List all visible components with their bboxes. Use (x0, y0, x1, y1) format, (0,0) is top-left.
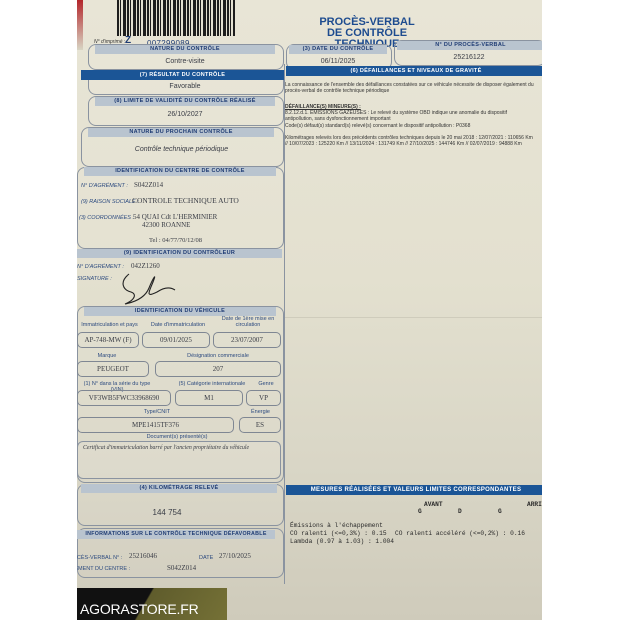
kilometrage-value: 144 754 (117, 508, 217, 517)
date-controle-label: (3) DATE DU CONTRÔLE (289, 45, 387, 54)
centre-agrement-label: N° D'AGRÉMENT : (81, 183, 128, 189)
defaillances-mineures-line2: Code(s) défaut(s) standard(s) relevé(s) … (285, 123, 535, 129)
type-field: MPE1415TF376 (77, 417, 234, 433)
red-edge (77, 0, 83, 50)
defaillances-kilometrages: Kilométrages relevés lors des précédents… (285, 135, 535, 147)
genre-field: VP (246, 390, 281, 406)
date-controle-value: 06/11/2025 (286, 58, 390, 65)
resultat-label: (7) RÉSULTAT DU CONTRÔLE (81, 70, 284, 80)
defaillances-label: (6) DÉFAILLANCES ET NIVEAUX DE GRAVITÉ (286, 66, 542, 76)
designation-label: Désignation commerciale (157, 353, 279, 359)
mesures-co-ralenti: CO ralenti (<=0,3%) : 0.15 (290, 530, 387, 537)
vehicule-label: IDENTIFICATION DU VÉHICULE (84, 307, 276, 316)
controleur-label: (9) IDENTIFICATION DU CONTRÔLEUR (77, 249, 282, 258)
date-immat-field: 09/01/2025 (142, 332, 210, 348)
centre-raison-label: (9) RAISON SOCIALE : (81, 199, 139, 205)
defavorable-agrement-label: N° AGRÉMENT DU CENTRE : (77, 566, 130, 572)
marque-field: PEUGEOT (77, 361, 149, 377)
watermark-text: AGORASTORE.FR (80, 601, 199, 617)
categorie-field: M1 (175, 390, 243, 406)
immat-label: Immatriculation et pays (77, 322, 142, 328)
premiere-mise-label: Date de 1ère mise en circulation (217, 316, 279, 328)
document-photo: N° d'imprimé : Z 007299089 PROCÈS-VERBAL… (77, 0, 542, 620)
controleur-signature-label: SIGNATURE : (77, 276, 112, 282)
resultat-value: Favorable (88, 83, 282, 90)
centre-agrement: S042Z014 (134, 181, 163, 189)
defaillances-mineures-line1: 8.2.12.d.1. ÉMISSIONS GAZEUSES : Le rele… (285, 110, 535, 122)
numero-pv-label: N° DU PROCÈS-VERBAL (397, 41, 542, 50)
centre-adresse-2: 42300 ROANNE (142, 221, 190, 229)
limite-validite-value: 26/10/2027 (88, 111, 282, 118)
premiere-mise-field: 23/07/2007 (213, 332, 281, 348)
mesures-lambda: Lambda (0.97 à 1.03) : 1.004 (290, 538, 394, 545)
energie-field: ES (239, 417, 281, 433)
barcode (117, 0, 235, 36)
documents-value: Certificat d'immatriculation barré par l… (83, 445, 249, 451)
defavorable-label: INFORMATIONS SUR LE CONTRÔLE TECHNIQUE D… (77, 530, 275, 539)
prochain-controle-value: Contrôle technique périodique (81, 146, 282, 153)
date-immat-label: Date d'immatriculation (143, 322, 213, 328)
mesures-co-accelere: CO ralenti accéléré (<=0,2%) : 0.16 (395, 530, 525, 537)
defavorable-agrement: S042Z014 (167, 564, 196, 572)
defavorable-pv-label: PROCÈS-VERBAL N° : (77, 555, 122, 561)
defavorable-date: 27/10/2025 (219, 552, 251, 560)
mesures-avant: AVANT (424, 501, 443, 508)
mesures-g1: G (418, 508, 422, 515)
defavorable-pv: 25216046 (129, 552, 157, 560)
mesures-arriere: ARRIER (527, 501, 542, 508)
defaillances-intro: La connaissance de l'ensemble des défail… (285, 82, 535, 94)
centre-adresse-1: 54 QUAI Cdt L'HERMINIER (133, 213, 217, 221)
kilometrage-label: (4) KILOMÉTRAGE RELEVÉ (81, 484, 277, 493)
mesures-d1: D (458, 508, 462, 515)
centre-tel: Tel : 04/77/70/12/08 (149, 237, 202, 244)
energie-label: Énergie (242, 409, 279, 415)
centre-raison: CONTROLE TECHNIQUE AUTO (132, 196, 239, 205)
numero-pv-value: 25216122 (394, 54, 542, 61)
defavorable-date-label: DATE (199, 555, 213, 561)
marque-label: Marque (77, 353, 137, 359)
mesures-emissions-title: Émissions à l'échappement (290, 522, 383, 529)
genre-label: Genre (252, 381, 280, 387)
centre-label: IDENTIFICATION DU CENTRE DE CONTRÔLE (84, 167, 276, 176)
documents-label: Document(s) présenté(s) (117, 434, 237, 440)
immat-field: AP-748-MW (F) (77, 332, 139, 348)
type-label: Type/CNIT (107, 409, 207, 415)
mesures-g2: G (498, 508, 502, 515)
nature-controle-label: NATURE DU CONTRÔLE (95, 45, 275, 54)
centre-coord-label: (3) COORDONNÉES : (79, 215, 134, 221)
nature-controle-value: Contre-visite (88, 58, 282, 65)
designation-field: 207 (155, 361, 281, 377)
prochain-controle-label: NATURE DU PROCHAIN CONTRÔLE (88, 128, 274, 137)
mesures-label: MESURES RÉALISÉES ET VALEURS LIMITES COR… (286, 485, 542, 495)
vin-field: VF3WB5FWC33968690 (77, 390, 171, 406)
categorie-label: (5) Catégorie internationale (174, 381, 250, 387)
signature-scribble (117, 268, 177, 308)
limite-validite-label: (8) LIMITE DE VALIDITÉ DU CONTRÔLE RÉALI… (95, 97, 275, 106)
paper-fold (285, 317, 542, 318)
column-divider (284, 64, 285, 584)
